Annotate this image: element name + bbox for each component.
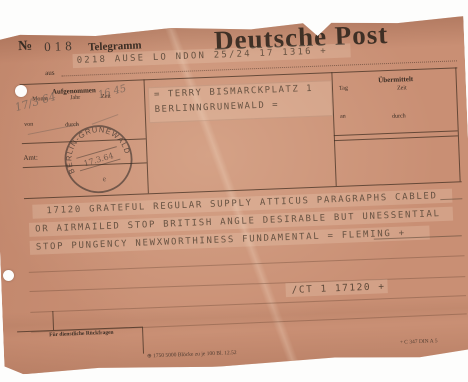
punch-hole xyxy=(3,270,14,281)
print-code: ⊕ 1750 5000 Blöcke zu je 100 Bl. 12.52 xyxy=(147,350,237,359)
durch-label-right: durch xyxy=(392,113,406,120)
telegram-form: № 018 Telegramm Deutsche Post 0218 AUSE … xyxy=(0,15,468,375)
footer-box-line-v1 xyxy=(52,311,54,330)
ruled-line xyxy=(30,295,466,313)
rueckfragen-label: Für dienstliche Rückfragen xyxy=(49,330,114,338)
telegram-number: 018 xyxy=(44,38,76,55)
punch-hole xyxy=(15,85,27,97)
nr-symbol-label: № xyxy=(18,39,33,56)
postmark-stamp: BERLIN-GRUNEWALD 17.3.64 e xyxy=(42,102,156,216)
uebermittelt-title: Übermittelt xyxy=(346,74,446,86)
jahr-column-label: Jahr xyxy=(70,95,80,101)
photo-background: № 018 Telegramm Deutsche Post 0218 AUSE … xyxy=(0,0,468,382)
postmark-letter: e xyxy=(101,174,107,184)
right-cell-line-2 xyxy=(334,135,458,141)
zeit-label-right: Zeit xyxy=(397,85,407,91)
ruled-line xyxy=(30,276,466,292)
din-code: + C 347 DIN A 5 xyxy=(400,338,438,345)
grid-divider-right xyxy=(331,72,336,186)
grid-right-border xyxy=(455,67,460,181)
footer-box-line-v2 xyxy=(142,327,144,354)
amt-label: Amt: xyxy=(23,154,38,163)
an-label: an xyxy=(340,114,346,120)
aus-label: aus xyxy=(45,69,55,77)
tag-label: Tag xyxy=(339,86,348,92)
von-label: von xyxy=(24,122,33,128)
ruled-line xyxy=(29,255,465,273)
